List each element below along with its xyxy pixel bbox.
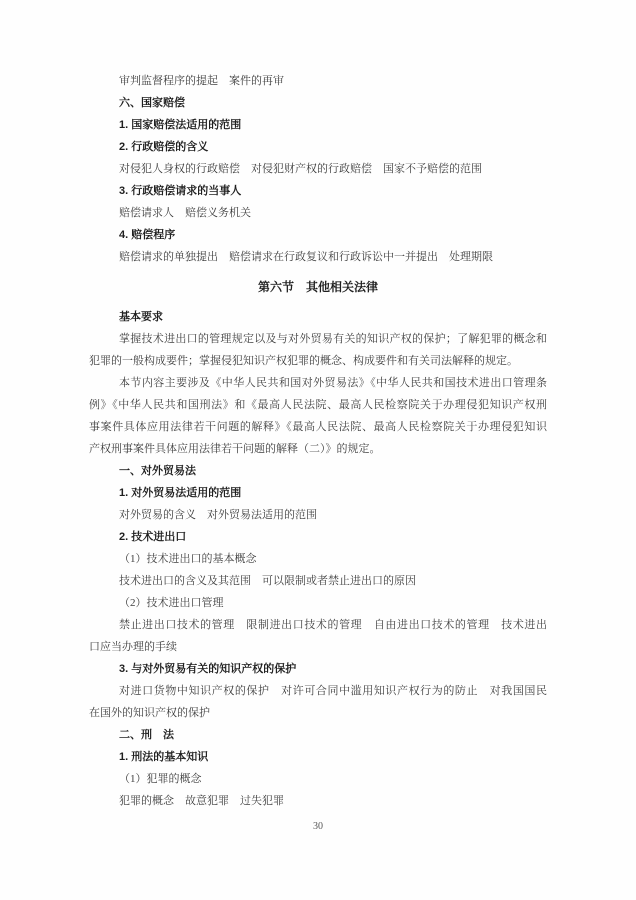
doc-line: 赔偿请求的单独提出 赔偿请求在行政复议和行政诉讼中一并提出 处理期限 — [89, 246, 547, 268]
doc-line: 本节内容主要涉及《中华人民共和国对外贸易法》《中华人民共和国技术进出口管理条 — [89, 372, 547, 394]
doc-heading: 1. 刑法的基本知识 — [89, 746, 547, 768]
doc-line: 犯罪的概念 故意犯罪 过失犯罪 — [89, 790, 547, 812]
doc-line: 事案件具体应用法律若干问题的解释》《最高人民法院、最高人民检察院关于办理侵犯知识 — [89, 416, 547, 438]
document-content: 审判监督程序的提起 案件的再审 六、国家赔偿 1. 国家赔偿法适用的范围 2. … — [89, 70, 547, 834]
doc-heading: 基本要求 — [89, 306, 547, 328]
doc-line: （1）犯罪的概念 — [89, 768, 547, 790]
doc-heading: 2. 技术进出口 — [89, 526, 547, 548]
doc-line: （1）技术进出口的基本概念 — [89, 548, 547, 570]
doc-line: 对外贸易的含义 对外贸易法适用的范围 — [89, 504, 547, 526]
doc-heading: 1. 对外贸易法适用的范围 — [89, 482, 547, 504]
doc-line: 审判监督程序的提起 案件的再审 — [89, 70, 547, 92]
doc-heading: 六、国家赔偿 — [89, 92, 547, 114]
doc-line: 对侵犯人身权的行政赔偿 对侵犯财产权的行政赔偿 国家不予赔偿的范围 — [89, 158, 547, 180]
doc-line: 在国外的知识产权的保护 — [89, 702, 547, 724]
doc-heading: 3. 行政赔偿请求的当事人 — [89, 180, 547, 202]
doc-line: 技术进出口的含义及其范围 可以限制或者禁止进出口的原因 — [89, 570, 547, 592]
doc-line: （2）技术进出口管理 — [89, 592, 547, 614]
doc-line: 例》《中华人民共和国刑法》和《最高人民法院、最高人民检察院关于办理侵犯知识产权刑 — [89, 394, 547, 416]
doc-heading: 1. 国家赔偿法适用的范围 — [89, 114, 547, 136]
doc-line: 禁止进出口技术的管理 限制进出口技术的管理 自由进出口技术的管理 技术进出 — [89, 614, 547, 636]
doc-line: 犯罪的一般构成要件；掌握侵犯知识产权犯罪的概念、构成要件和有关司法解释的规定。 — [89, 350, 547, 372]
document-page: 审判监督程序的提起 案件的再审 六、国家赔偿 1. 国家赔偿法适用的范围 2. … — [0, 0, 636, 900]
doc-line: 赔偿请求人 赔偿义务机关 — [89, 202, 547, 224]
doc-heading: 2. 行政赔偿的含义 — [89, 136, 547, 158]
page-number: 30 — [89, 820, 547, 834]
section-heading: 第六节 其他相关法律 — [89, 276, 547, 298]
doc-heading: 4. 赔偿程序 — [89, 224, 547, 246]
doc-heading: 3. 与对外贸易有关的知识产权的保护 — [89, 658, 547, 680]
doc-heading: 二、刑 法 — [89, 724, 547, 746]
doc-line: 对进口货物中知识产权的保护 对许可合同中滥用知识产权行为的防止 对我国国民 — [89, 680, 547, 702]
doc-line: 掌握技术进出口的管理规定以及与对外贸易有关的知识产权的保护；了解犯罪的概念和 — [89, 328, 547, 350]
doc-line: 口应当办理的手续 — [89, 636, 547, 658]
doc-heading: 一、对外贸易法 — [89, 460, 547, 482]
doc-line: 产权刑事案件具体应用法律若干问题的解释（二）》的规定。 — [89, 438, 547, 460]
